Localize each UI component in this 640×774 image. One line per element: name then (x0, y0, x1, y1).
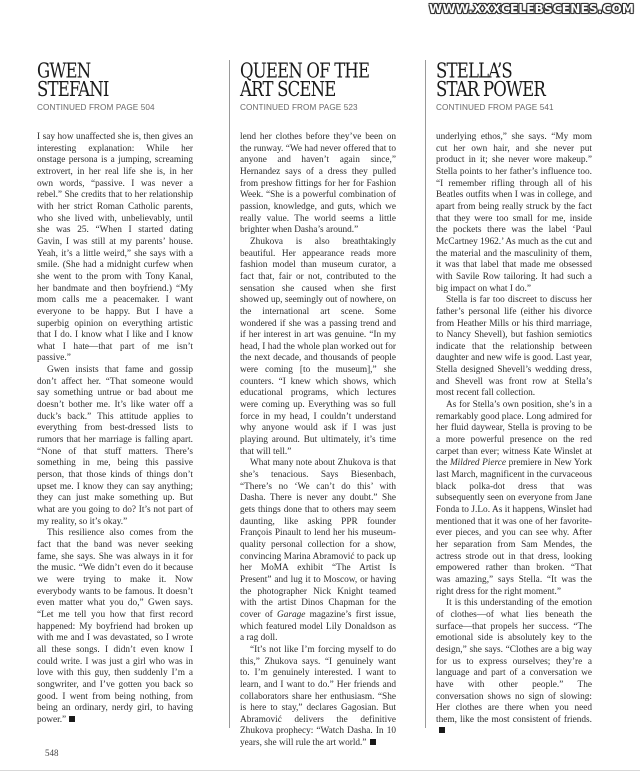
paragraph: “It’s not like I’m forcing myself to do … (240, 645, 396, 750)
magazine-title: Garage (277, 610, 305, 620)
page-bottom-edge (0, 770, 640, 771)
article-title: STELLA’S STAR POWER (436, 61, 592, 99)
article-gwen-stefani: GWEN STEFANI CONTINUED FROM PAGE 504 I s… (37, 61, 193, 726)
article-queen-of-the-art-scene: QUEEN OF THE ART SCENE CONTINUED FROM PA… (240, 61, 396, 750)
paragraph: lend her clothes before they’ve been on … (240, 132, 396, 237)
title-line-2: ART SCENE (240, 80, 396, 99)
paragraph: As for Stella’s own position, she’s in a… (436, 400, 592, 598)
paragraph-text: It is this understanding of the emotion … (436, 598, 592, 725)
column-divider (229, 60, 230, 728)
end-mark-icon (370, 739, 376, 745)
article-body: lend her clothes before they’ve been on … (240, 132, 396, 750)
paragraph: It is this understanding of the emotion … (436, 598, 592, 738)
continued-from: CONTINUED FROM PAGE 541 (436, 103, 592, 112)
paragraph: This resilience also comes from the fact… (37, 528, 193, 726)
article-body: underlying ethos,” she says. “My mom cut… (436, 132, 592, 738)
film-title: Mildred Pierce (450, 458, 506, 468)
end-mark-icon (439, 727, 445, 733)
article-stellas-star-power: STELLA’S STAR POWER CONTINUED FROM PAGE … (436, 61, 592, 738)
paragraph-text: What many note about Zhukova is that she… (240, 458, 396, 620)
paragraph: What many note about Zhukova is that she… (240, 458, 396, 645)
end-mark-icon (69, 716, 75, 722)
paragraph: Gwen insists that fame and gossip don’t … (37, 365, 193, 528)
continued-from: CONTINUED FROM PAGE 504 (37, 103, 193, 112)
watermark: WWW.XXXCELEBSCENES.COM (429, 2, 634, 16)
paragraph: Stella is far too discreet to discuss he… (436, 295, 592, 400)
title-line-2: STEFANI (37, 80, 193, 99)
paragraph-text: This resilience also comes from the fact… (37, 528, 193, 725)
paragraph: Zhukova is also breathtakingly beautiful… (240, 237, 396, 458)
continued-from: CONTINUED FROM PAGE 523 (240, 103, 396, 112)
article-title: QUEEN OF THE ART SCENE (240, 61, 396, 99)
paragraph-text: “It’s not like I’m forcing myself to do … (240, 645, 396, 748)
page-number: 548 (45, 748, 59, 758)
paragraph: underlying ethos,” she says. “My mom cut… (436, 132, 592, 295)
paragraph: I say how unaffected she is, then gives … (37, 132, 193, 365)
title-line-2: STAR POWER (436, 80, 592, 99)
article-body: I say how unaffected she is, then gives … (37, 132, 193, 726)
article-title: GWEN STEFANI (37, 61, 193, 99)
column-divider (425, 60, 426, 728)
paragraph-text: premiere in New York last March, magnifi… (436, 458, 592, 596)
